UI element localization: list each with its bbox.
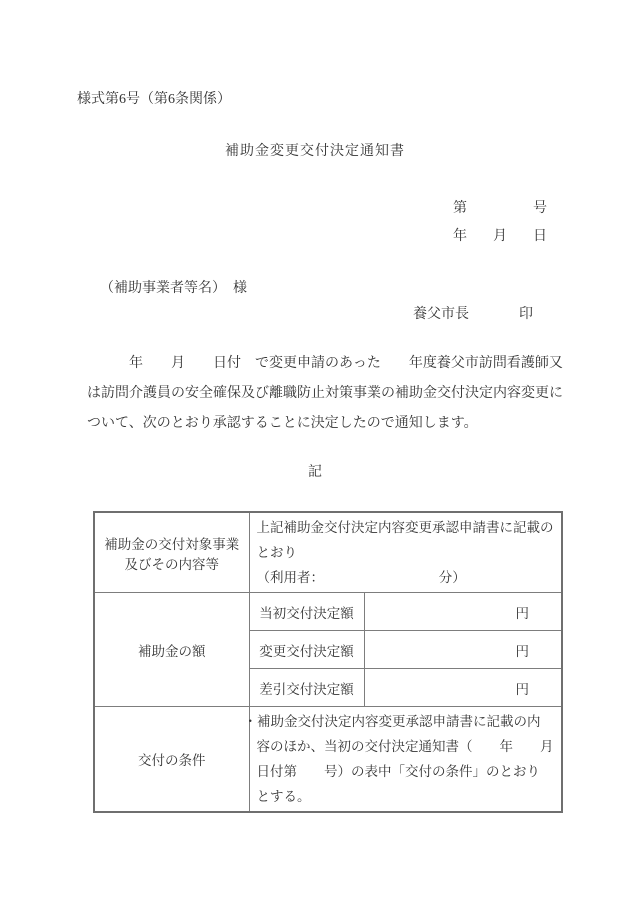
cell-difference-amount-label: 差引交付決定額 <box>249 669 364 707</box>
target-business-value-line3: （利用者： 分） <box>257 565 558 590</box>
table-row-amount-initial: 補助金の額 当初交付決定額 円 <box>94 593 562 631</box>
cell-changed-amount-value: 円 <box>364 631 562 669</box>
target-business-value-line2: とおり <box>257 540 558 565</box>
body-line-3: ついて、次のとおり承認することに決定したので通知します。 <box>87 409 567 439</box>
body-line-1: 年 月 日付 で変更申請のあった 年度養父市訪問看護師又 <box>87 349 567 379</box>
cell-conditions-label: 交付の条件 <box>94 707 249 813</box>
cell-changed-amount-label: 変更交付決定額 <box>249 631 364 669</box>
doc-number-prefix: 第 <box>453 197 467 217</box>
cell-difference-amount-value: 円 <box>364 669 562 707</box>
cell-initial-amount-label: 当初交付決定額 <box>249 593 364 631</box>
ki-heading: 記 <box>0 461 630 481</box>
conditions-line-2: 容のほか、当初の交付決定通知書（ 年 月 <box>257 734 558 759</box>
cell-target-business-value: 上記補助金交付決定内容変更承認申請書に記載の とおり （利用者： 分） <box>249 512 562 593</box>
document-page: 様式第6号（第6条関係） 補助金変更交付決定通知書 第 号 年 月 日 （補助事… <box>0 0 630 915</box>
document-number-line: 第 号 <box>453 197 547 217</box>
document-title: 補助金変更交付決定通知書 <box>0 140 630 160</box>
conditions-line-3: 日付第 号）の表中「交付の条件」のとおり <box>257 759 558 784</box>
target-business-value-line1: 上記補助金交付決定内容変更承認申請書に記載の <box>257 515 558 540</box>
target-business-label-line1: 補助金の交付対象事業 <box>95 533 249 553</box>
form-number-label: 様式第6号（第6条関係） <box>77 88 231 108</box>
issuer-name: 養父市長 <box>413 303 469 323</box>
body-paragraph: 年 月 日付 で変更申請のあった 年度養父市訪問看護師又 は訪問介護員の安全確保… <box>87 349 567 439</box>
date-month-label: 月 <box>493 225 507 245</box>
body-line-2: は訪問介護員の安全確保及び離職防止対策事業の補助金交付決定内容変更に <box>87 379 567 409</box>
document-date-line: 年 月 日 <box>453 225 547 245</box>
cell-amount-label: 補助金の額 <box>94 593 249 707</box>
conditions-line-4: とする。 <box>257 784 558 809</box>
table-row-conditions: 交付の条件 ・補助金交付決定内容変更承認申請書に記載の内 容のほか、当初の交付決… <box>94 707 562 813</box>
table-row-target-business: 補助金の交付対象事業 及びその内容等 上記補助金交付決定内容変更承認申請書に記載… <box>94 512 562 593</box>
date-year-label: 年 <box>453 225 467 245</box>
issuer-line: 養父市長 印 <box>413 303 533 323</box>
recipient-line: （補助事業者等名） 様 <box>100 277 247 297</box>
cell-conditions-value: ・補助金交付決定内容変更承認申請書に記載の内 容のほか、当初の交付決定通知書（ … <box>249 707 562 813</box>
conditions-line-1: ・補助金交付決定内容変更承認申請書に記載の内 <box>257 709 558 734</box>
issuer-seal-mark: 印 <box>519 303 533 323</box>
date-day-label: 日 <box>533 225 547 245</box>
cell-target-business-label: 補助金の交付対象事業 及びその内容等 <box>94 512 249 593</box>
grant-decision-table: 補助金の交付対象事業 及びその内容等 上記補助金交付決定内容変更承認申請書に記載… <box>93 511 563 813</box>
doc-number-suffix: 号 <box>533 197 547 217</box>
cell-initial-amount-value: 円 <box>364 593 562 631</box>
target-business-label-line2: 及びその内容等 <box>95 553 249 573</box>
